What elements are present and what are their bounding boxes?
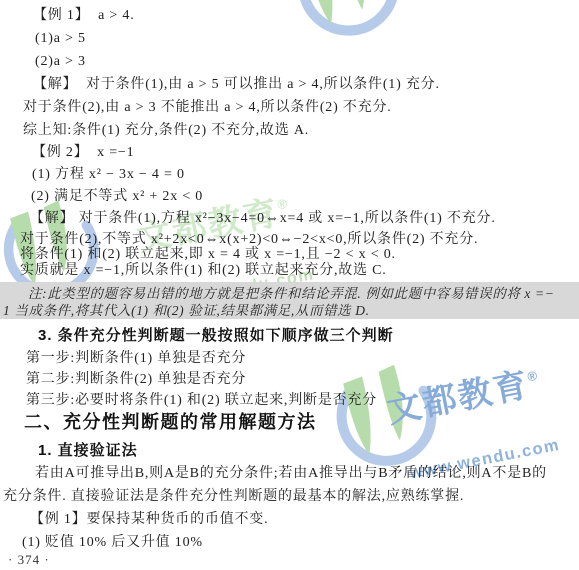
wendu-logo-icon	[283, 0, 403, 48]
watermark-brand: 文都教育®	[383, 356, 551, 429]
example2-cond2: (2) 满足不等式 x² + 2x < 0	[31, 186, 203, 208]
example1-solution-line3: 综上知:条件(1) 充分,条件(2) 不充分,故选 A.	[23, 120, 309, 142]
method1-heading: 1. 直接验证法	[38, 440, 138, 462]
example2-cond1: (1) 方程 x² − 3x − 4 = 0	[32, 164, 185, 186]
wendu-logo-icon	[322, 360, 440, 478]
example1-solution-line2: 对于条件(2),由 a > 3 不能推出 a > 4,所以条件(2) 不充分.	[23, 97, 392, 119]
scanned-textbook-page: { "doc": { "example1": { "title": "【例 1】…	[0, 0, 579, 570]
example1-title: 【例 1】 a > 4.	[33, 5, 135, 27]
section3-step3: 第三步:必要时将条件(1) 和(2) 联立起来,判断是否充分	[26, 390, 377, 412]
example2-solution-line4: 实质就是 x =−1,所以条件(1) 和(2) 联立起来充分,故选 C.	[20, 260, 387, 282]
section3-heading: 3. 条件充分性判断题一般按照如下顺序做三个判断	[38, 325, 394, 347]
example1-cond2: (2)a > 3	[35, 51, 86, 73]
example1-cond1: (1)a > 5	[35, 28, 86, 50]
example2-solution-line1: 【解】 对于条件(1),方程 x²−3x−4=0⇔x=4 或 x=−1,所以条件…	[30, 208, 496, 230]
method1-para-line2: 充分条件. 直接验证法是条件充分性判断题的最基本的解法,应熟练掌握.	[3, 486, 464, 508]
section-two-heading: 二、充分性判断题的常用解题方法	[24, 411, 317, 433]
section3-step1: 第一步:判断条件(1) 单独是否充分	[26, 348, 246, 370]
note-line1: 注:此类型的题容易出错的地方就是把条件和结论弄混. 例如此题中容易错误的将 x …	[28, 285, 554, 302]
section3-step2: 第二步:判断条件(2) 单独是否充分	[26, 369, 246, 391]
page-number: · 374 ·	[8, 549, 50, 570]
note-line2: 1 当成条件,将其代入(1) 和(2) 验证,结果都满足,从而错选 D.	[3, 302, 370, 319]
method1-para-line1: 若由A可推导出B,则A是B的充分条件;若由A推导出与B矛盾的结论,则A不是B的	[35, 463, 547, 485]
example2-title: 【例 2】 x =−1	[32, 142, 134, 164]
example1-solution-line1: 【解】 对于条件(1),由 a > 5 可以推出 a > 4,所以条件(1) 充…	[33, 74, 440, 96]
watermark-url: www.wendu.com	[386, 0, 533, 4]
method1-example1-title: 【例 1】要保持某种货币的币值不变.	[30, 509, 268, 531]
